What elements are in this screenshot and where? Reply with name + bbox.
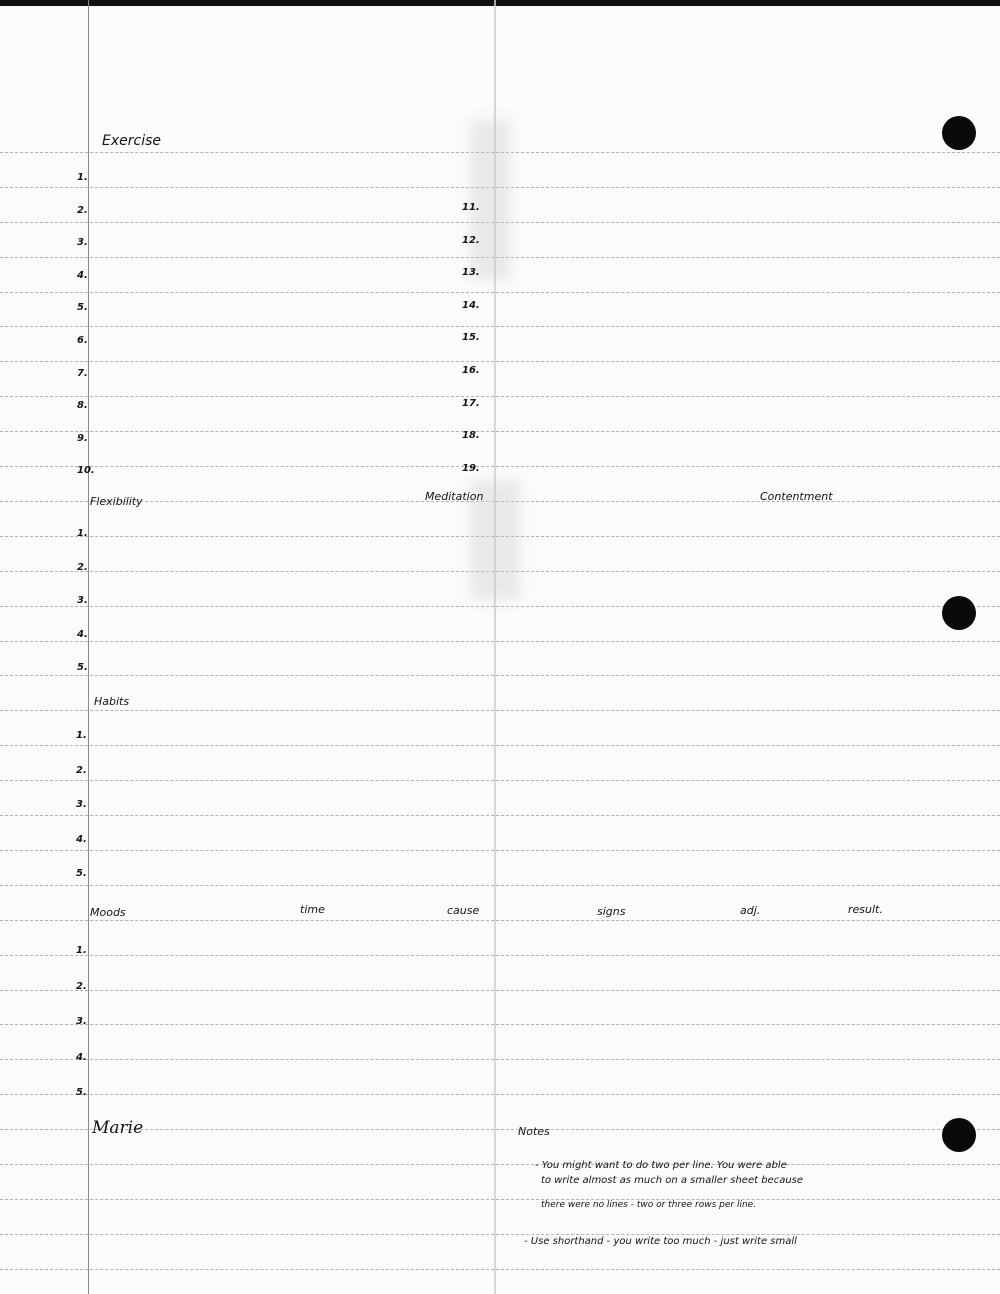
exercise-heading: Exercise [102, 133, 161, 149]
ruled-line [0, 431, 1000, 432]
punch-hole-top [942, 116, 976, 150]
moods-col-result: result. [848, 903, 883, 916]
line-number: 11. [462, 202, 480, 213]
signature: Marie [92, 1118, 143, 1138]
line-number: 4. [77, 270, 88, 281]
line-number: 4. [76, 834, 87, 845]
line-number: 18. [462, 430, 480, 441]
ruled-line [0, 990, 1000, 991]
ruled-line [0, 1199, 1000, 1200]
notes-line: to write almost as much on a smaller she… [541, 1175, 803, 1186]
notes-heading: Notes [518, 1125, 550, 1138]
moods-col-adj: adj. [740, 904, 760, 917]
line-number: 7. [77, 368, 88, 379]
ruled-line [0, 1094, 1000, 1095]
ruled-line [0, 920, 1000, 921]
line-number: 15. [462, 332, 480, 343]
ruled-line [0, 606, 1000, 607]
margin-line [88, 0, 89, 1294]
line-number: 4. [76, 1052, 87, 1063]
ruled-line [0, 710, 1000, 711]
ruled-line [0, 815, 1000, 816]
ruled-line [0, 780, 1000, 781]
line-number: 8. [77, 400, 88, 411]
line-number: 2. [76, 981, 87, 992]
line-number: 3. [76, 1016, 87, 1027]
line-number: 2. [77, 205, 88, 216]
line-number: 17. [462, 398, 480, 409]
line-number: 5. [76, 1087, 87, 1098]
line-number: 6. [77, 335, 88, 346]
meditation-heading: Meditation [425, 490, 483, 503]
ruled-line [0, 675, 1000, 676]
line-number: 12. [462, 235, 480, 246]
flexibility-heading: Flexibility [90, 495, 143, 508]
ruled-line [0, 292, 1000, 293]
line-number: 1. [76, 730, 87, 741]
line-number: 5. [77, 302, 88, 313]
ruled-line [0, 745, 1000, 746]
line-number: 19. [462, 463, 480, 474]
ruled-line [0, 955, 1000, 956]
line-number: 10. [77, 465, 95, 476]
ruled-line [0, 326, 1000, 327]
ruled-line [0, 466, 1000, 467]
line-number: 16. [462, 365, 480, 376]
line-number: 1. [77, 528, 88, 539]
ruled-line [0, 1129, 1000, 1130]
line-number: 1. [77, 172, 88, 183]
line-number: 5. [76, 868, 87, 879]
notes-line: - Use shorthand - you write too much - j… [524, 1236, 797, 1247]
ruled-line [0, 850, 1000, 851]
line-number: 2. [77, 562, 88, 573]
ruled-line [0, 885, 1000, 886]
ruled-line [0, 1024, 1000, 1025]
ruled-line [0, 1164, 1000, 1165]
smudge [470, 120, 510, 280]
ruled-line [0, 1269, 1000, 1270]
ruled-line [0, 641, 1000, 642]
line-number: 3. [76, 799, 87, 810]
line-number: 5. [77, 662, 88, 673]
notes-line: there were no lines - two or three rows … [541, 1200, 756, 1210]
ruled-line [0, 1059, 1000, 1060]
scan-top-edge [0, 0, 1000, 6]
punch-hole-bottom [942, 1118, 976, 1152]
contentment-heading: Contentment [760, 490, 833, 503]
habits-heading: Habits [94, 695, 129, 708]
ruled-line [0, 1234, 1000, 1235]
line-number: 14. [462, 300, 480, 311]
line-number: 3. [77, 595, 88, 606]
moods-col-cause: cause [447, 904, 479, 917]
line-number: 13. [462, 267, 480, 278]
ruled-line [0, 396, 1000, 397]
line-number: 3. [77, 237, 88, 248]
line-number: 4. [77, 629, 88, 640]
line-number: 1. [76, 945, 87, 956]
line-number: 9. [77, 433, 88, 444]
punch-hole-middle [942, 596, 976, 630]
moods-col-signs: signs [597, 905, 625, 918]
moods-heading: Moods [90, 906, 126, 919]
line-number: 2. [76, 765, 87, 776]
ruled-line [0, 361, 1000, 362]
notes-line: - You might want to do two per line. You… [535, 1160, 787, 1171]
moods-col-time: time [300, 903, 325, 916]
